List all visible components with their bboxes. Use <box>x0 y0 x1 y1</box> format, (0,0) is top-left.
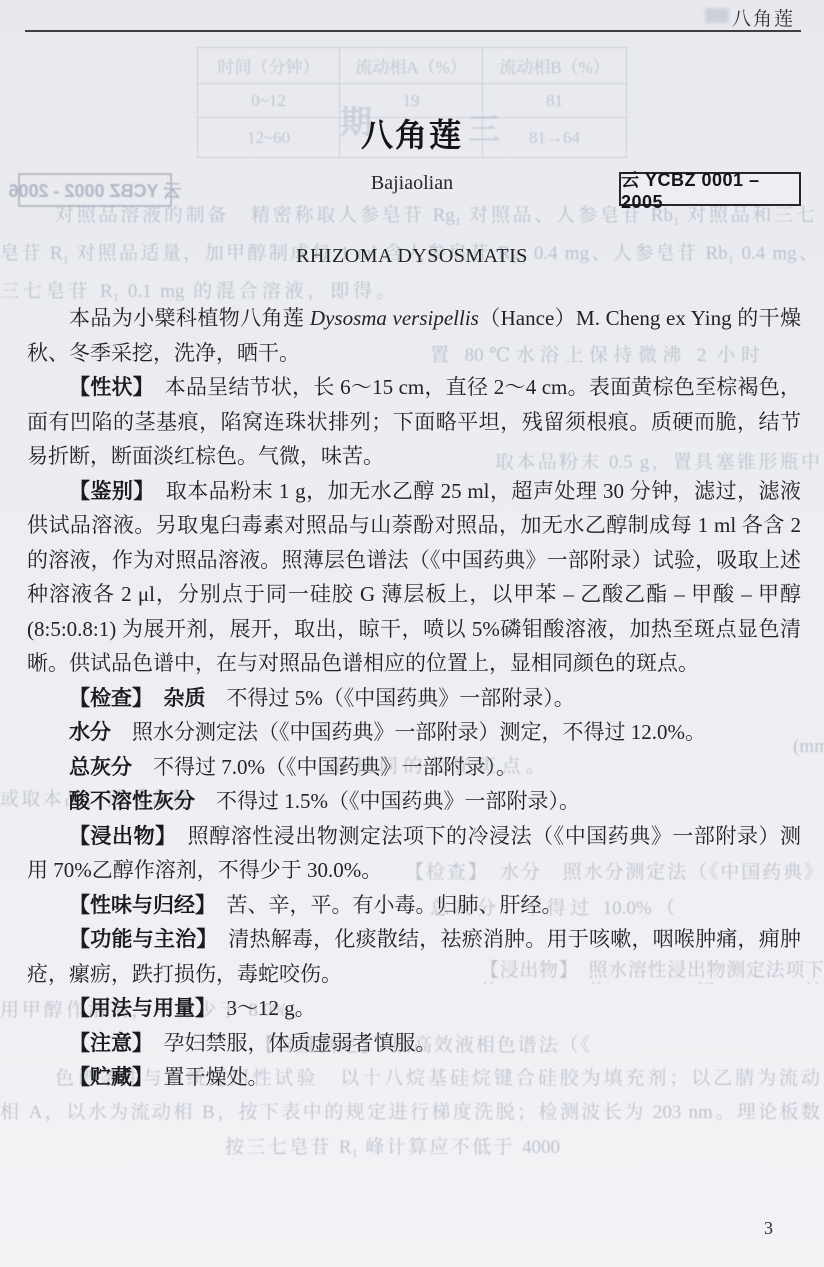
monograph-body: 本品为小檗科植物八角莲 Dysosma versipellis（Hance）M.… <box>27 301 801 1095</box>
page-number: 3 <box>764 1218 773 1239</box>
body-text: 本品呈结节状，长 6～15 cm，直径 2～4 cm。表面黄棕色至棕褐色，上 <box>69 375 801 405</box>
body-text: 不得过 1.5%（《中国药典》一部附录）。 <box>195 789 580 813</box>
section-label: 【鉴别】 <box>69 480 144 503</box>
body-line: 易折断，断面淡红棕色。气微，味苦。 <box>27 439 801 474</box>
body-line: 【贮藏】 置干燥处。 <box>27 1060 801 1095</box>
body-text: 置干燥处。 <box>143 1065 269 1089</box>
body-line: 水分 照水分测定法（《中国药典》一部附录）测定，不得过 12.0%。 <box>27 715 801 750</box>
body-line: 总灰分 不得过 7.0%（《中国药典》一部附录）。 <box>27 750 801 785</box>
body-text: 的溶液，作为对照品溶液。照薄层色谱法（《中国药典》一部附录）试验，吸取上述三 <box>27 548 801 578</box>
body-text: 不得过 5%（《中国药典》一部附录）。 <box>206 686 575 710</box>
body-text: 面有凹陷的茎基痕，陷窝连珠状排列；下面略平坦，残留须根痕。质硬而脆，结节处 <box>27 410 801 440</box>
body-text: 孕妇禁服，体质虚弱者慎服。 <box>143 1031 437 1055</box>
latin-binomial: Dysosma versipellis <box>310 306 479 330</box>
body-line: 疮，瘰疬，跌打损伤，毒蛇咬伤。 <box>27 957 801 992</box>
section-label: 【性味与归经】 <box>69 894 206 917</box>
body-line: 种溶液各 2 μl，分别点于同一硅胶 G 薄层板上，以甲苯 – 乙酸乙酯 – 甲… <box>27 577 801 612</box>
body-text: 秋、冬季采挖，洗净，晒干。 <box>27 341 300 365</box>
body-line: 【功能与主治】 清热解毒，化痰散结，祛瘀消肿。用于咳嗽，咽喉肿痛，痈肿疔 <box>27 922 801 957</box>
body-text: (8:5:0.8:1) 为展开剂，展开，取出，晾干，喷以 5%磷钼酸溶液，加热至… <box>27 617 801 641</box>
page-header-title: 八角莲 <box>732 4 795 31</box>
section-label: 水分 <box>69 721 111 744</box>
section-label: 【检查】 <box>69 687 143 710</box>
body-text: 照水分测定法（《中国药典》一部附录）测定，不得过 12.0%。 <box>111 720 706 744</box>
body-line: 的溶液，作为对照品溶液。照薄层色谱法（《中国药典》一部附录）试验，吸取上述三 <box>27 543 801 578</box>
body-line: 面有凹陷的茎基痕，陷窝连珠状排列；下面略平坦，残留须根痕。质硬而脆，结节处 <box>27 405 801 440</box>
body-text <box>143 686 164 710</box>
body-line: 用 70%乙醇作溶剂，不得少于 30.0%。 <box>27 853 801 888</box>
body-line: 【注意】 孕妇禁服，体质虚弱者慎服。 <box>27 1026 801 1061</box>
body-text: 疮，瘰疬，跌打损伤，毒蛇咬伤。 <box>27 962 342 986</box>
body-line: 本品为小檗科植物八角莲 Dysosma versipellis（Hance）M.… <box>27 301 801 336</box>
body-text: 取本品粉末 1 g，加无水乙醇 25 ml，超声处理 30 分钟，滤过，滤液作为 <box>69 479 801 509</box>
body-text: 3～12 g。 <box>206 996 316 1020</box>
body-line: 【性状】 本品呈结节状，长 6～15 cm，直径 2～4 cm。表面黄棕色至棕褐… <box>27 370 801 405</box>
section-label: 【用法与用量】 <box>69 997 206 1020</box>
body-line: 【用法与用量】 3～12 g。 <box>27 991 801 1026</box>
body-line: 秋、冬季采挖，洗净，晒干。 <box>27 336 801 371</box>
body-text: 本品为小檗科植物八角莲 <box>69 306 310 330</box>
latin-drug-name: RHIZOMA DYSOSMATIS <box>0 245 824 268</box>
body-line: 晰。供试品色谱中，在与对照品色谱相应的位置上，显相同颜色的斑点。 <box>27 646 801 681</box>
monograph-title: 八角莲 <box>0 110 824 156</box>
header-rule <box>25 30 801 32</box>
section-label: 【功能与主治】 <box>69 928 207 951</box>
section-label: 总灰分 <box>69 756 132 779</box>
body-text: 易折断，断面淡红棕色。气微，味苦。 <box>27 444 384 468</box>
body-line: (8:5:0.8:1) 为展开剂，展开，取出，晾干，喷以 5%磷钼酸溶液，加热至… <box>27 612 801 647</box>
scanned-page: 时间（分钟）流动相A（%）流动相B（%）0~12198112~6081→64 云… <box>0 0 824 1267</box>
section-label: 【注意】 <box>69 1032 143 1055</box>
body-text: 供试品溶液。另取鬼臼毒素对照品与山萘酚对照品，加无水乙醇制成每 1 ml 各含 … <box>27 513 801 543</box>
section-label: 【浸出物】 <box>69 825 166 848</box>
section-label: 杂质 <box>164 687 206 710</box>
body-line: 【性味与归经】 苦、辛，平。有小毒。归肺、肝经。 <box>27 888 801 923</box>
body-text: 用 70%乙醇作溶剂，不得少于 30.0%。 <box>27 858 382 882</box>
body-text: 种溶液各 2 μl，分别点于同一硅胶 G 薄层板上，以甲苯 – 乙酸乙酯 – 甲… <box>27 582 801 606</box>
body-line: 【鉴别】 取本品粉末 1 g，加无水乙醇 25 ml，超声处理 30 分钟，滤过… <box>27 474 801 509</box>
body-text: 晰。供试品色谱中，在与对照品色谱相应的位置上，显相同颜色的斑点。 <box>27 651 699 675</box>
section-label: 【贮藏】 <box>69 1066 143 1089</box>
body-text: 不得过 7.0%（《中国药典》一部附录）。 <box>132 755 517 779</box>
body-line: 供试品溶液。另取鬼臼毒素对照品与山萘酚对照品，加无水乙醇制成每 1 ml 各含 … <box>27 508 801 543</box>
section-label: 酸不溶性灰分 <box>69 790 195 813</box>
body-text: 苦、辛，平。有小毒。归肺、肝经。 <box>206 893 563 917</box>
section-label: 【性状】 <box>69 376 143 399</box>
body-line: 【检查】 杂质 不得过 5%（《中国药典》一部附录）。 <box>27 681 801 716</box>
body-line: 【浸出物】 照醇溶性浸出物测定法项下的冷浸法（《中国药典》一部附录）测定， <box>27 819 801 854</box>
body-text: 照醇溶性浸出物测定法项下的冷浸法（《中国药典》一部附录）测定， <box>69 824 801 854</box>
body-line: 酸不溶性灰分 不得过 1.5%（《中国药典》一部附录）。 <box>27 784 801 819</box>
standard-code-box: 云 YCBZ 0001 – 2005 <box>619 172 801 206</box>
